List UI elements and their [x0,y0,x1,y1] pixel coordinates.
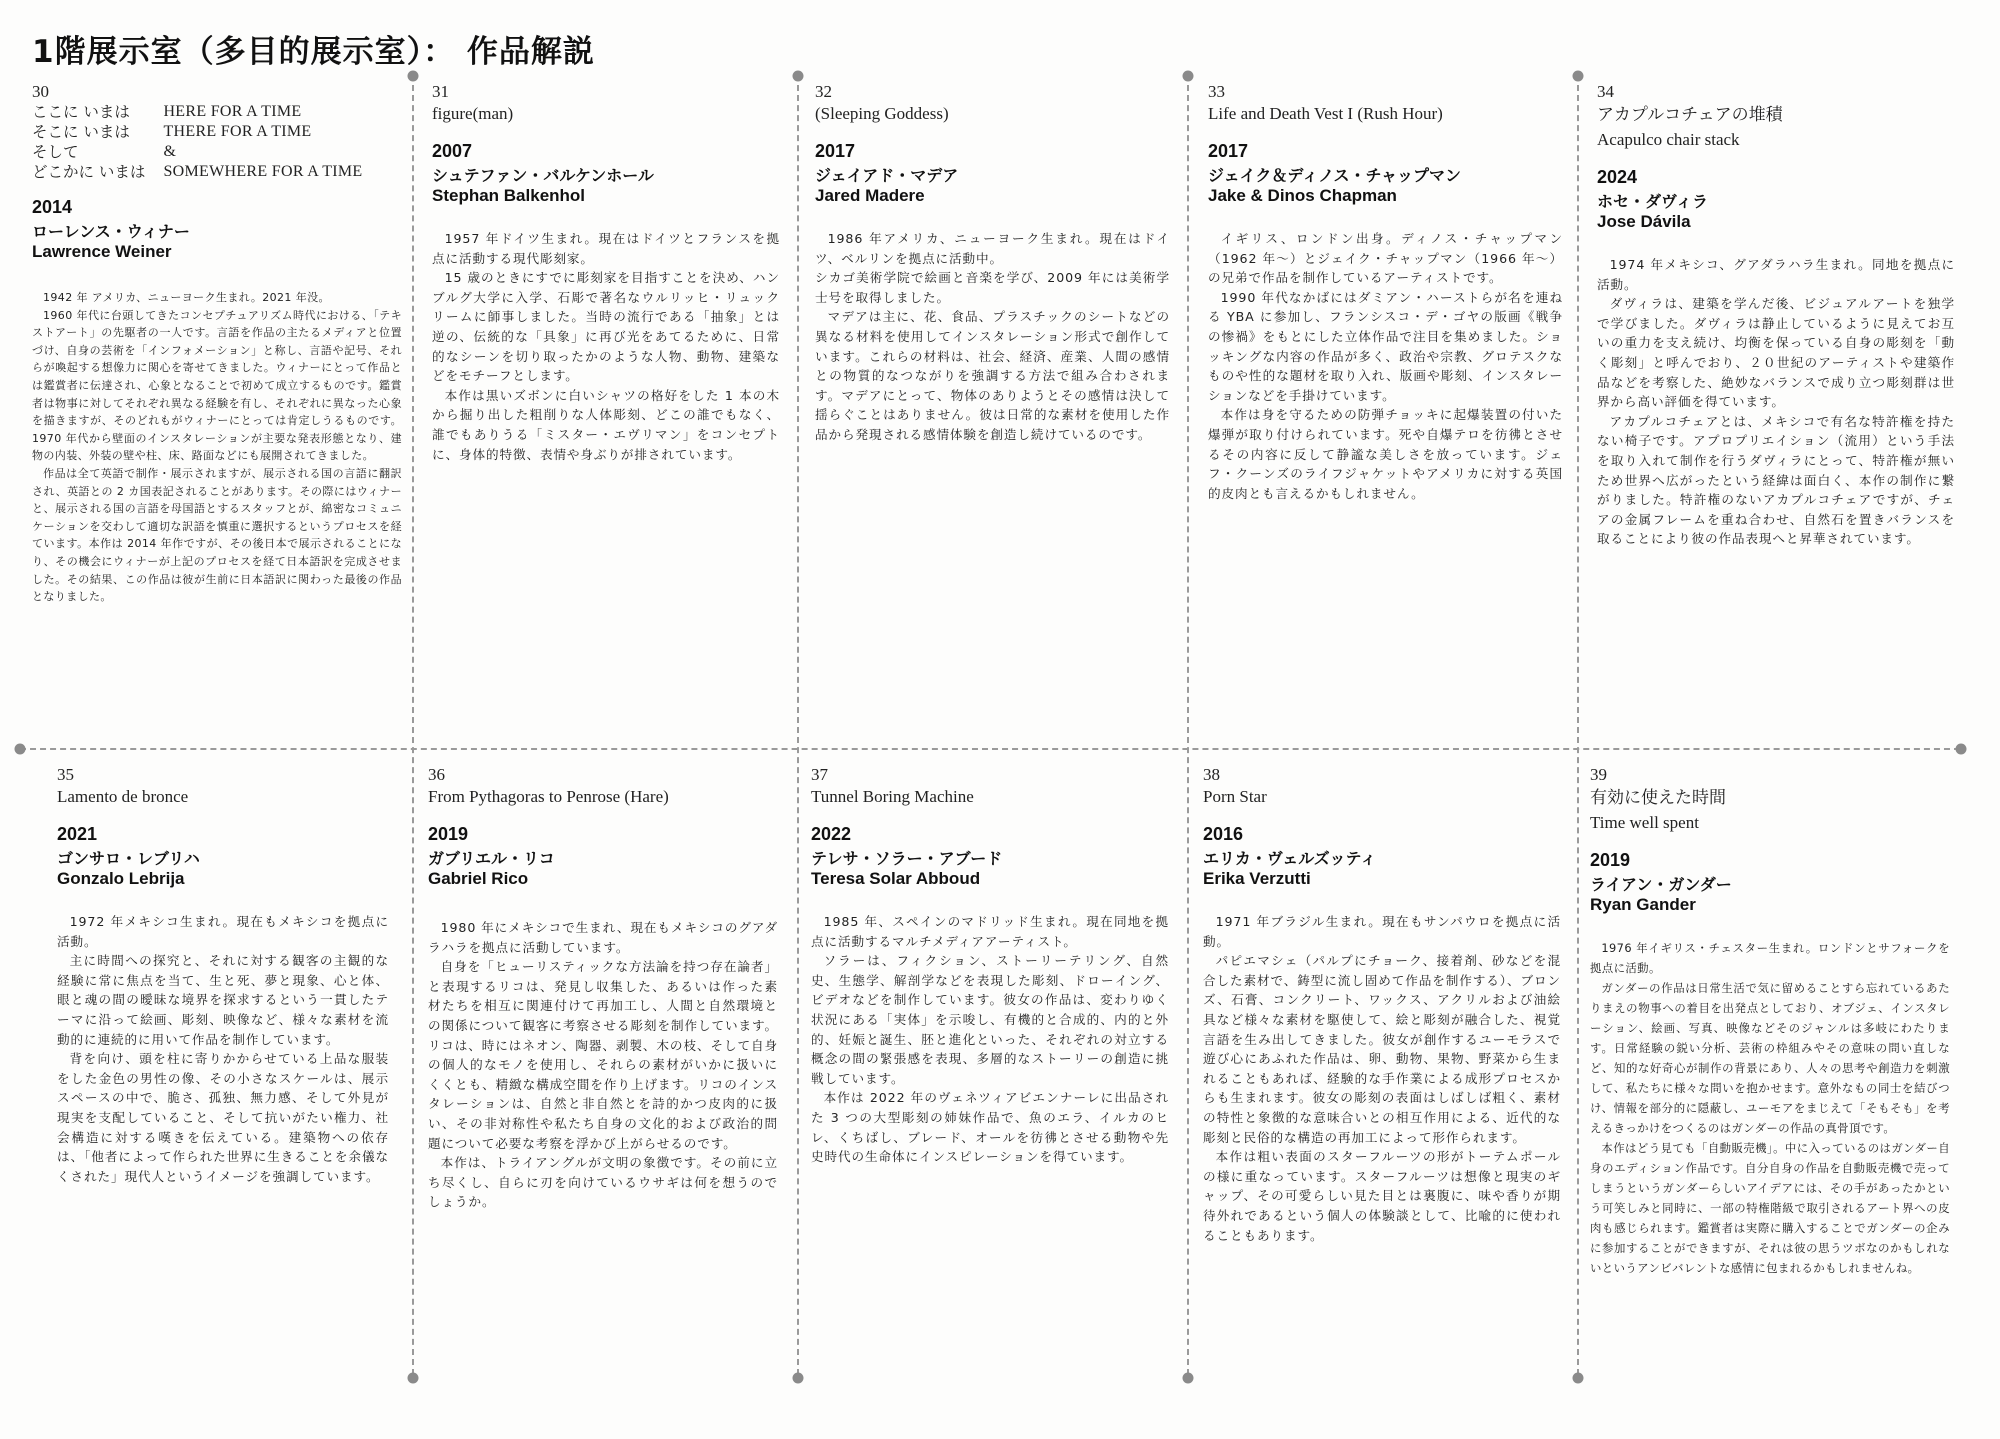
grid-dot [1183,71,1194,82]
work-year: 2017 [1208,140,1563,162]
grid-dot [793,71,804,82]
work-title-ja: ここに いまは そこに いまは そして どこかに いまは [32,102,145,182]
work-title-ja: 有効に使えた時間 [1590,785,1950,811]
work-card-39: 39 有効に使えた時間 Time well spent 2019 ライアン・ガン… [1590,765,1950,1278]
work-card-30: 30 ここに いまは そこに いまは そして どこかに いまは HERE FOR… [32,82,402,606]
work-card-34: 34 アカプルコチェアの堆積 Acapulco chair stack 2024… [1597,82,1955,549]
artist-name-ja: テレサ・ソラー・アブード [811,849,1169,869]
artist-name-en: Jake & Dinos Chapman [1208,186,1563,205]
work-year: 2014 [32,196,402,218]
work-number: 38 [1203,765,1561,785]
dashed-divider [1187,75,1189,1375]
grid-dot [1573,71,1584,82]
work-number: 36 [428,765,778,785]
work-number: 31 [432,82,780,102]
work-year: 2017 [815,140,1170,162]
work-number: 32 [815,82,1170,102]
work-title-en: Life and Death Vest I (Rush Hour) [1208,102,1563,126]
artist-name-en: Jose Dávila [1597,212,1955,231]
artist-name-en: Erika Verzutti [1203,869,1561,888]
work-title-en: Acapulco chair stack [1597,128,1955,152]
work-card-35: 35 Lamento de bronce 2021 ゴンサロ・レブリハ Gonz… [57,765,389,1186]
page-title: 1階展示室（多目的展示室）： 作品解説 [32,26,595,71]
work-number: 34 [1597,82,1955,102]
work-year: 2016 [1203,823,1561,845]
work-description: 1985 年、スペインのマドリッド生まれ。現在同地を拠点に活動するマルチメディア… [811,912,1169,1167]
grid-dot [15,744,26,755]
grid-dot [408,1373,419,1384]
work-title-en: (Sleeping Goddess) [815,102,1170,126]
artist-name-ja: ライアン・ガンダー [1590,875,1950,895]
work-title-en: Porn Star [1203,785,1561,809]
work-card-38: 38 Porn Star 2016 エリカ・ヴェルズッティ Erika Verz… [1203,765,1561,1245]
work-card-31: 31 figure(man) 2007 シュテファン・バルケンホール Steph… [432,82,780,464]
work-description: 1971 年ブラジル生まれ。現在もサンパウロを拠点に活動。 パピエマシェ（パルプ… [1203,912,1561,1245]
dashed-divider [1577,75,1579,1375]
artist-name-en: Lawrence Weiner [32,242,402,261]
artist-name-ja: ジェイアド・マデア [815,166,1170,186]
work-description: 1974 年メキシコ、グアダラハラ生まれ。同地を拠点に活動。 ダヴィラは、建築を… [1597,255,1955,549]
work-number: 35 [57,765,389,785]
work-title-en: From Pythagoras to Penrose (Hare) [428,785,778,809]
grid-dot [408,71,419,82]
dashed-divider [412,75,414,1375]
work-year: 2022 [811,823,1169,845]
artist-name-en: Gonzalo Lebrija [57,869,389,888]
artist-name-en: Gabriel Rico [428,869,778,888]
artist-name-ja: ローレンス・ウィナー [32,222,402,242]
work-title-ja: アカプルコチェアの堆積 [1597,102,1955,128]
work-description: 1976 年イギリス・チェスター生まれ。ロンドンとサフォークを拠点に活動。 ガン… [1590,938,1950,1278]
work-card-32: 32 (Sleeping Goddess) 2017 ジェイアド・マデア Jar… [815,82,1170,445]
work-description: 1980 年にメキシコで生まれ、現在もメキシコのグアダラハラを拠点に活動していま… [428,918,778,1212]
work-number: 39 [1590,765,1950,785]
artist-name-en: Stephan Balkenhol [432,186,780,205]
grid-dot [1183,1373,1194,1384]
artist-name-ja: シュテファン・バルケンホール [432,166,780,186]
work-year: 2007 [432,140,780,162]
work-number: 33 [1208,82,1563,102]
dashed-divider [20,748,1960,750]
grid-dot [1573,1373,1584,1384]
work-description: 1972 年メキシコ生まれ。現在もメキシコを拠点に活動。 主に時間への探究と、そ… [57,912,389,1186]
artist-name-ja: ゴンサロ・レブリハ [57,849,389,869]
work-card-33: 33 Life and Death Vest I (Rush Hour) 201… [1208,82,1563,503]
artist-name-en: Jared Madere [815,186,1170,205]
artist-name-en: Teresa Solar Abboud [811,869,1169,888]
work-year: 2024 [1597,166,1955,188]
work-title-en: Lamento de bronce [57,785,389,809]
work-title-en: HERE FOR A TIME THERE FOR A TIME & SOMEW… [163,102,362,182]
artist-name-ja: ガブリエル・リコ [428,849,778,869]
work-description: 1957 年ドイツ生まれ。現在はドイツとフランスを拠点に活動する現代彫刻家。 1… [432,229,780,464]
artist-name-ja: ジェイク＆ディノス・チャップマン [1208,166,1563,186]
work-description: 1942 年 アメリカ、ニューヨーク生まれ。2021 年没。 1960 年代に台… [32,289,402,606]
work-title-en: figure(man) [432,102,780,126]
work-year: 2019 [1590,849,1950,871]
work-title-en: Time well spent [1590,811,1950,835]
work-year: 2019 [428,823,778,845]
work-number: 30 [32,82,402,102]
work-title-en: Tunnel Boring Machine [811,785,1169,809]
artist-name-ja: エリカ・ヴェルズッティ [1203,849,1561,869]
work-title-poem: ここに いまは そこに いまは そして どこかに いまは HERE FOR A … [32,102,402,182]
work-description: 1986 年アメリカ、ニューヨーク生まれ。現在はドイツ、ベルリンを拠点に活動中。… [815,229,1170,445]
grid-dot [793,1373,804,1384]
artist-name-en: Ryan Gander [1590,895,1950,914]
grid-dot [1956,744,1967,755]
work-description: イギリス、ロンドン出身。ディノス・チャップマン（1962 年～）とジェイク・チャ… [1208,229,1563,503]
artist-name-ja: ホセ・ダヴィラ [1597,192,1955,212]
work-number: 37 [811,765,1169,785]
dashed-divider [797,75,799,1375]
work-year: 2021 [57,823,389,845]
work-card-36: 36 From Pythagoras to Penrose (Hare) 201… [428,765,778,1212]
work-card-37: 37 Tunnel Boring Machine 2022 テレサ・ソラー・アブ… [811,765,1169,1167]
